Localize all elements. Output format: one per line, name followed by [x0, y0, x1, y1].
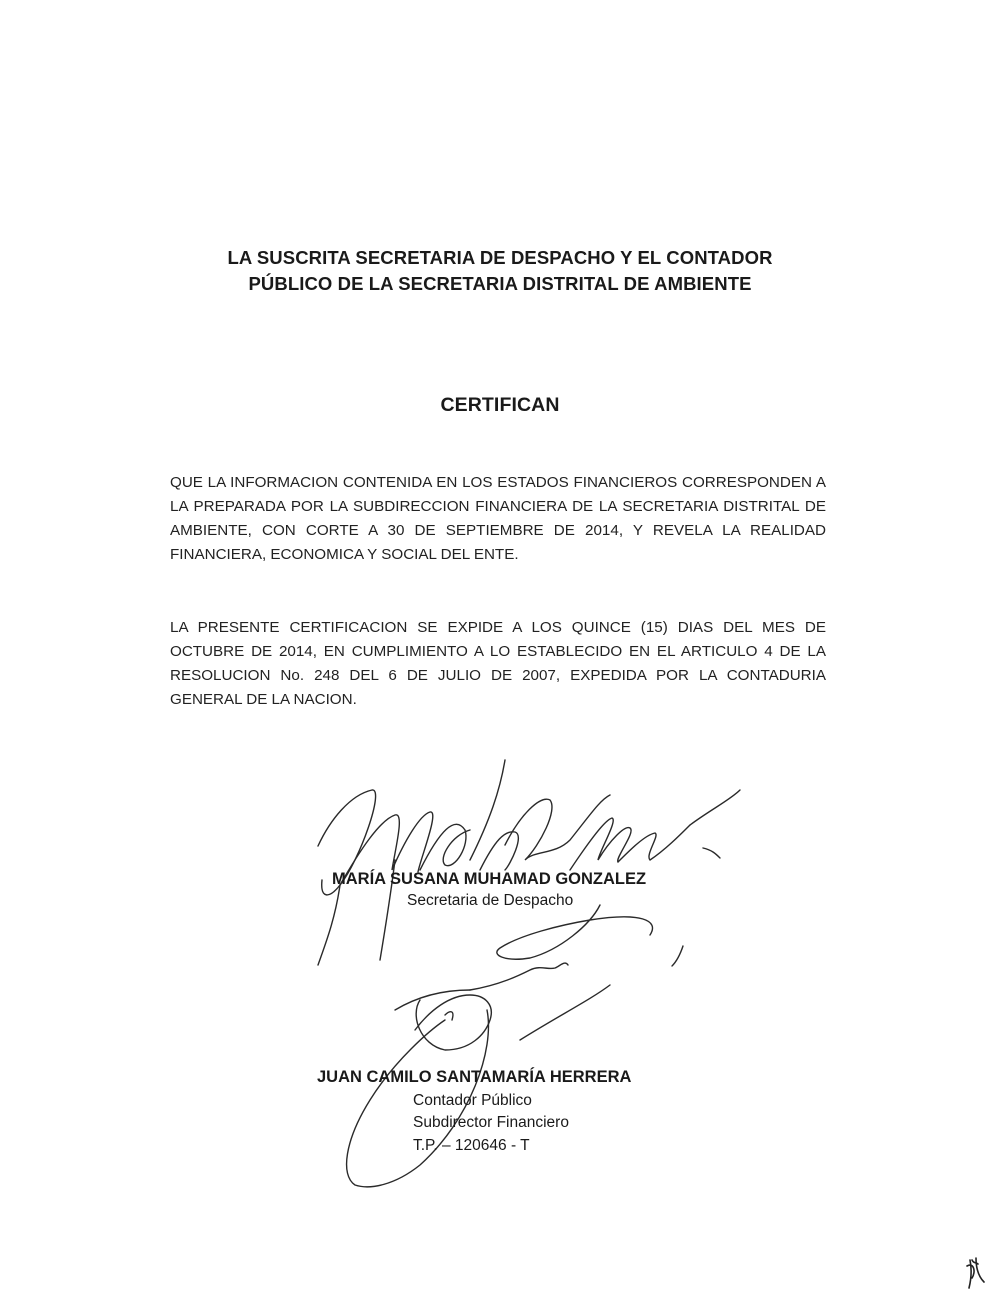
professional-card-number: T.P. – 120646 - T [413, 1135, 530, 1157]
title-line-1: LA SUSCRITA SECRETARIA DE DESPACHO Y EL … [0, 245, 1000, 271]
signatory-name: MARÍA SUSANA MUHAMAD GONZALEZ [332, 868, 662, 890]
document-title: LA SUSCRITA SECRETARIA DE DESPACHO Y EL … [0, 245, 1000, 297]
signatory-role: Secretaria de Despacho [407, 890, 573, 912]
signatory-role: Contador Público [413, 1090, 532, 1112]
certificate-page: LA SUSCRITA SECRETARIA DE DESPACHO Y EL … [0, 0, 1000, 1302]
signatory-name: JUAN CAMILO SANTAMARÍA HERRERA [317, 1066, 631, 1088]
signatory-title: Subdirector Financiero [413, 1112, 569, 1134]
title-line-2: PÚBLICO DE LA SECRETARIA DISTRITAL DE AM… [0, 271, 1000, 297]
certifican-heading: CERTIFICAN [0, 392, 1000, 418]
paragraph-financial-statements: QUE LA INFORMACION CONTENIDA EN LOS ESTA… [170, 471, 826, 567]
paragraph-issuance: LA PRESENTE CERTIFICACION SE EXPIDE A LO… [170, 616, 826, 712]
initials-mark-icon [962, 1252, 992, 1292]
